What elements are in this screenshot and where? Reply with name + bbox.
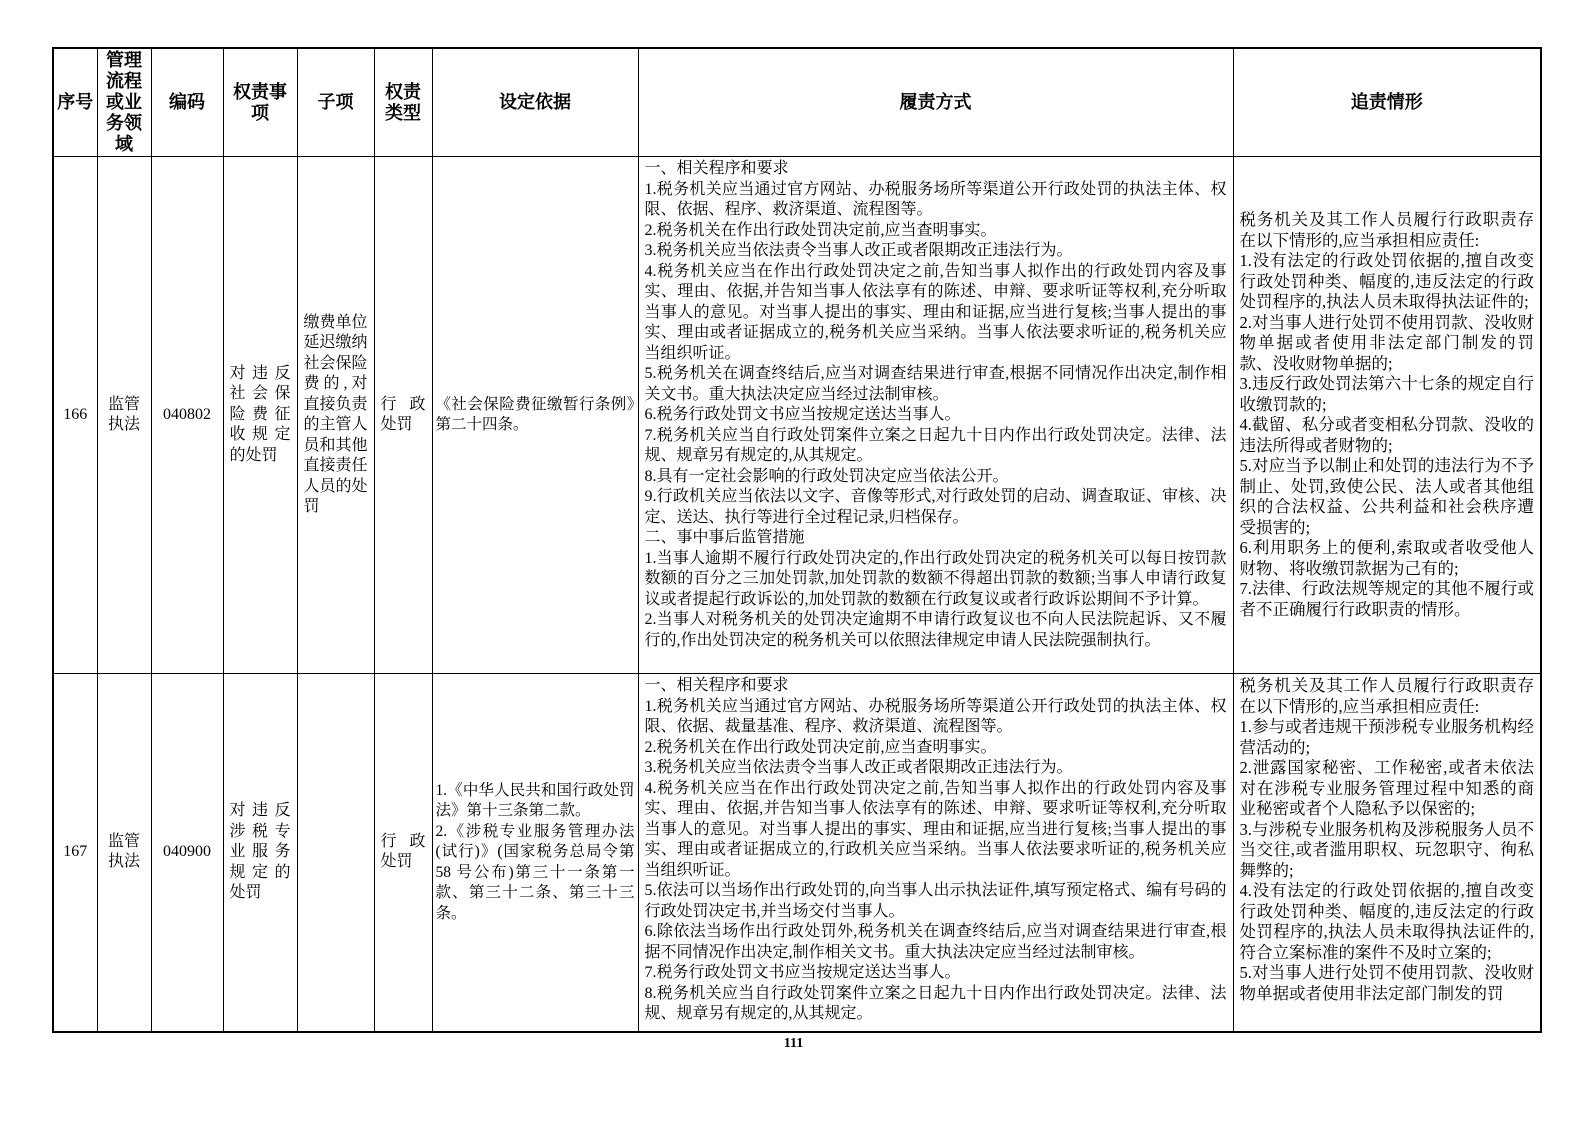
col-header-area: 管理流程或业务领域 <box>97 48 151 157</box>
cell-area: 监管执法 <box>97 674 151 1032</box>
cell-basis: 《社会保险费征缴暂行条例》第二十四条。 <box>432 157 638 674</box>
cell-accountability: 税务机关及其工作人员履行行政职责存在以下情形的,应当承担相应责任: 1.参与或者… <box>1233 674 1541 1032</box>
col-header-accountability: 追责情形 <box>1233 48 1541 157</box>
cell-subitem <box>297 674 374 1032</box>
table-row-167: 167 监管执法 040900 对违反涉税专业服务规定的处罚 行政处罚 1.《中… <box>53 674 1541 1032</box>
col-header-subitem: 子项 <box>297 48 374 157</box>
cell-subitem: 缴费单位延迟缴纳社会保险费的,对直接负责的主管人员和其他直接责任人员的处罚 <box>297 157 374 674</box>
col-header-basis: 设定依据 <box>432 48 638 157</box>
cell-code: 040900 <box>151 674 223 1032</box>
page-number: 111 <box>0 1036 1587 1052</box>
table-row-166: 166 监管执法 040802 对违反社会保险费征收规定的处罚 缴费单位延迟缴纳… <box>53 157 1541 674</box>
col-header-performance: 履责方式 <box>638 48 1233 157</box>
cell-performance: 一、相关程序和要求 1.税务机关应当通过官方网站、办税服务场所等渠道公开行政处罚… <box>638 157 1233 674</box>
cell-content: 一、相关程序和要求 1.税务机关应当通过官方网站、办税服务场所等渠道公开行政处罚… <box>645 676 1227 1028</box>
cell-performance: 一、相关程序和要求 1.税务机关应当通过官方网站、办税服务场所等渠道公开行政处罚… <box>638 674 1233 1032</box>
col-header-code: 编码 <box>151 48 223 157</box>
cell-basis: 1.《中华人民共和国行政处罚法》第十三条第二款。 2.《涉税专业服务管理办法(试… <box>432 674 638 1032</box>
col-header-seq: 序号 <box>53 48 97 157</box>
cell-type: 行政处罚 <box>374 674 432 1032</box>
cell-matter: 对违反社会保险费征收规定的处罚 <box>223 157 297 674</box>
cell-content: 税务机关及其工作人员履行行政职责存在以下情形的,应当承担相应责任: 1.参与或者… <box>1240 676 1535 1028</box>
cell-seq: 167 <box>53 674 97 1032</box>
cell-code: 040802 <box>151 157 223 674</box>
document-page: 序号 管理流程或业务领域 编码 权责事项 子项 权责类型 设定依据 履责方式 追… <box>0 0 1587 1122</box>
col-header-matter: 权责事项 <box>223 48 297 157</box>
header-row: 序号 管理流程或业务领域 编码 权责事项 子项 权责类型 设定依据 履责方式 追… <box>53 48 1541 157</box>
cell-type: 行政处罚 <box>374 157 432 674</box>
duty-list-table: 序号 管理流程或业务领域 编码 权责事项 子项 权责类型 设定依据 履责方式 追… <box>52 47 1542 1033</box>
cell-seq: 166 <box>53 157 97 674</box>
cell-area: 监管执法 <box>97 157 151 674</box>
col-header-type: 权责类型 <box>374 48 432 157</box>
cell-accountability: 税务机关及其工作人员履行行政职责存在以下情形的,应当承担相应责任: 1.没有法定… <box>1233 157 1541 674</box>
cell-matter: 对违反涉税专业服务规定的处罚 <box>223 674 297 1032</box>
